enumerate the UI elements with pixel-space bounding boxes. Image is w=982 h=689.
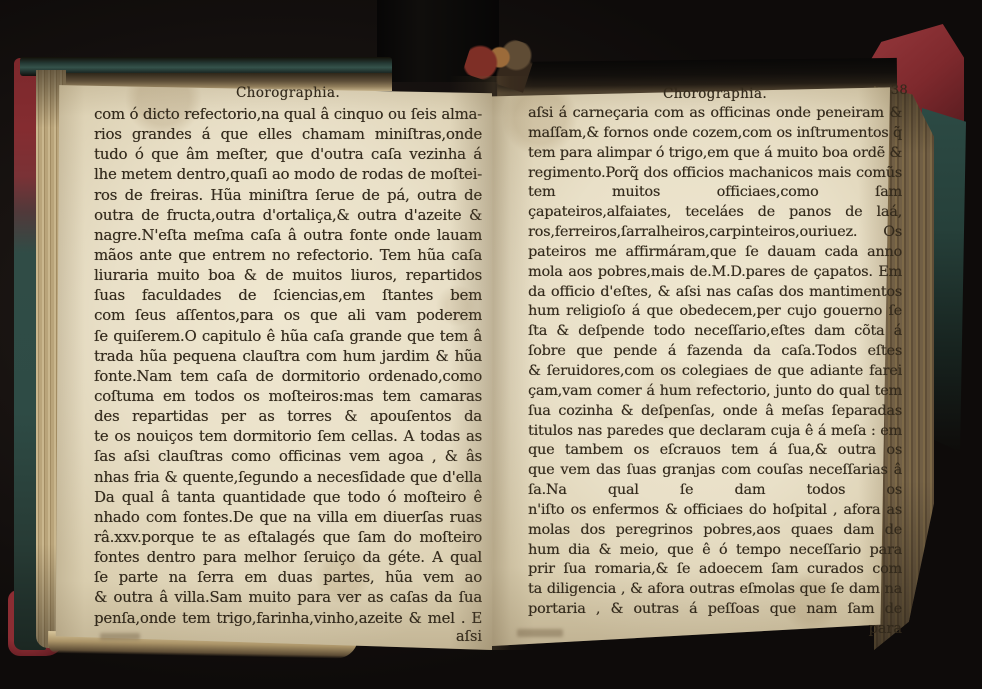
text-line: coſtuma em todos os moſteiros:mas tem ca… — [94, 386, 482, 406]
text-line: prir ſua romaria,& ſe adoecem ſam curado… — [528, 560, 902, 580]
page-number: 38 — [891, 83, 908, 98]
text-line: liuraria muito boa & de muitos liuros, r… — [94, 265, 482, 285]
left-header-title: Chorographia. — [236, 85, 340, 101]
text-line: titulos nas paredes que declaram cuja ê … — [528, 422, 902, 442]
text-line: tem para alimpar ó trigo,em que á muito … — [528, 144, 902, 164]
text-line: pateiros me affirmáram,que ſe dauam cada… — [528, 243, 902, 263]
text-line: aſsi á carneçaria com as officinas onde … — [528, 104, 902, 124]
ink-smudge — [100, 633, 140, 640]
text-line: nagre.N'eſta meſma caſa â outra fonte on… — [94, 225, 482, 245]
text-line: çapateiros,alfaiates, teceláes de panos … — [528, 203, 902, 223]
text-line: da officio d'eſtes, & aſsi nas caſas dos… — [528, 283, 902, 303]
text-line: trada hũa pequena clauſtra com hum jardi… — [94, 346, 482, 366]
text-line: portaria , & outras á peſſoas que nam ſa… — [528, 600, 902, 620]
text-line: fonte.Nam tem caſa de dormitorio ordenad… — [94, 366, 482, 386]
text-line: & outra â villa.Sam muito para ver as ca… — [94, 587, 482, 607]
text-line: te os nouiços tem dormitorio ſem cellas.… — [94, 426, 482, 446]
text-line: ſuas faculdades de ſciencias,em ſtantes … — [94, 285, 482, 305]
ink-smudge — [517, 629, 563, 637]
left-catchword: aſsi — [94, 629, 482, 645]
text-line: ſa.Na qual ſe dam todos os dias.M.cc.raç… — [528, 481, 902, 501]
text-line: ros de freiras. Hũa miniſtra ſerue de pá… — [94, 185, 482, 205]
text-line: & ſeruidores,com os colegiaes de que adi… — [528, 362, 902, 382]
text-line: nhado com fontes.De que na villa em diue… — [94, 507, 482, 527]
text-line: tem muitos officiaes,como ſam cortidores… — [528, 183, 902, 203]
text-line: n'iſto os enfermos & officiaes do hoſpit… — [528, 501, 902, 521]
text-line: Da qual â tanta quantidade que todo ó mo… — [94, 487, 482, 507]
text-line: regimento.Porq̃ dos officios machanicos … — [528, 164, 902, 184]
left-page-text-block: com ó dicto refectorio,na qual â cinquo … — [94, 104, 482, 628]
text-line: çam,vam comer á hum refectorio, junto do… — [528, 382, 902, 402]
text-line: com ſeus aſſentos,para os que ali vam po… — [94, 305, 482, 325]
text-line: molas dos peregrinos pobres,aos quaes da… — [528, 521, 902, 541]
left-running-header: Chorographia. — [94, 85, 482, 101]
right-header-title: Chorographia. — [663, 86, 767, 102]
right-page-text-block: aſsi á carneçaria com as officinas onde … — [528, 104, 902, 620]
text-line: ſe parte na ſerra em duas partes, hũa ve… — [94, 567, 482, 587]
text-line: rios grandes á que elles chamam miniſtra… — [94, 124, 482, 144]
text-line: hum religioſo á que obedecem,per cujo go… — [528, 302, 902, 322]
text-line: mãos ante que entrem no refectorio. Tem … — [94, 245, 482, 265]
text-line: ſas aſsi clauſtras como officinas vem ag… — [94, 446, 482, 466]
text-line: ros,ferreiros,ſarralheiros,carpinteiros,… — [528, 223, 902, 243]
text-line: penſa,onde tem trigo,farinha,vinho,azeit… — [94, 608, 482, 628]
text-line: ta diligencia , & afora outras eſmolas q… — [528, 580, 902, 600]
open-book-photo: Chorographia. Chorographia. 38 com ó dic… — [0, 0, 982, 689]
text-line: que tambem os eſcrauos tem á ſua,& outra… — [528, 441, 902, 461]
text-line: lhe metem dentro,quaſi ao modo de rodas … — [94, 164, 482, 184]
right-running-header: Chorographia. 38 — [528, 86, 902, 102]
text-line: que vem das ſuas granjas com couſas nece… — [528, 461, 902, 481]
text-line: com ó dicto refectorio,na qual â cinquo … — [94, 104, 482, 124]
text-line: maſſam,& fornos onde cozem,com os inſtru… — [528, 124, 902, 144]
text-line: tudo ó que âm meſter, que d'outra caſa v… — [94, 144, 482, 164]
text-line: nhas fria & quente,ſegundo a necesſidade… — [94, 467, 482, 487]
text-line: ſe quiſerem.O capitulo ê hũa caſa grande… — [94, 326, 482, 346]
text-line: fontes dentro para melhor ſeruiço da gét… — [94, 547, 482, 567]
right-catchword: para — [528, 621, 902, 637]
text-line: ſua cozinha & deſpenſas, onde â meſas ſe… — [528, 402, 902, 422]
text-line: hum dia & meio, que ê ó tempo neceſſario… — [528, 541, 902, 561]
text-line: mola aos pobres,mais de.M.D.pares de çap… — [528, 263, 902, 283]
text-line: ſobre que pende á fazenda da caſa.Todos … — [528, 342, 902, 362]
text-line: outra de fructa,outra d'ortaliça,& outra… — [94, 205, 482, 225]
text-line: râ.xxv.porque te as eſtalagés que ſam do… — [94, 527, 482, 547]
text-line: ſta & deſpende todo neceſſario,eſtes dam… — [528, 322, 902, 342]
text-line: des repartidas per as torres & apouſento… — [94, 406, 482, 426]
